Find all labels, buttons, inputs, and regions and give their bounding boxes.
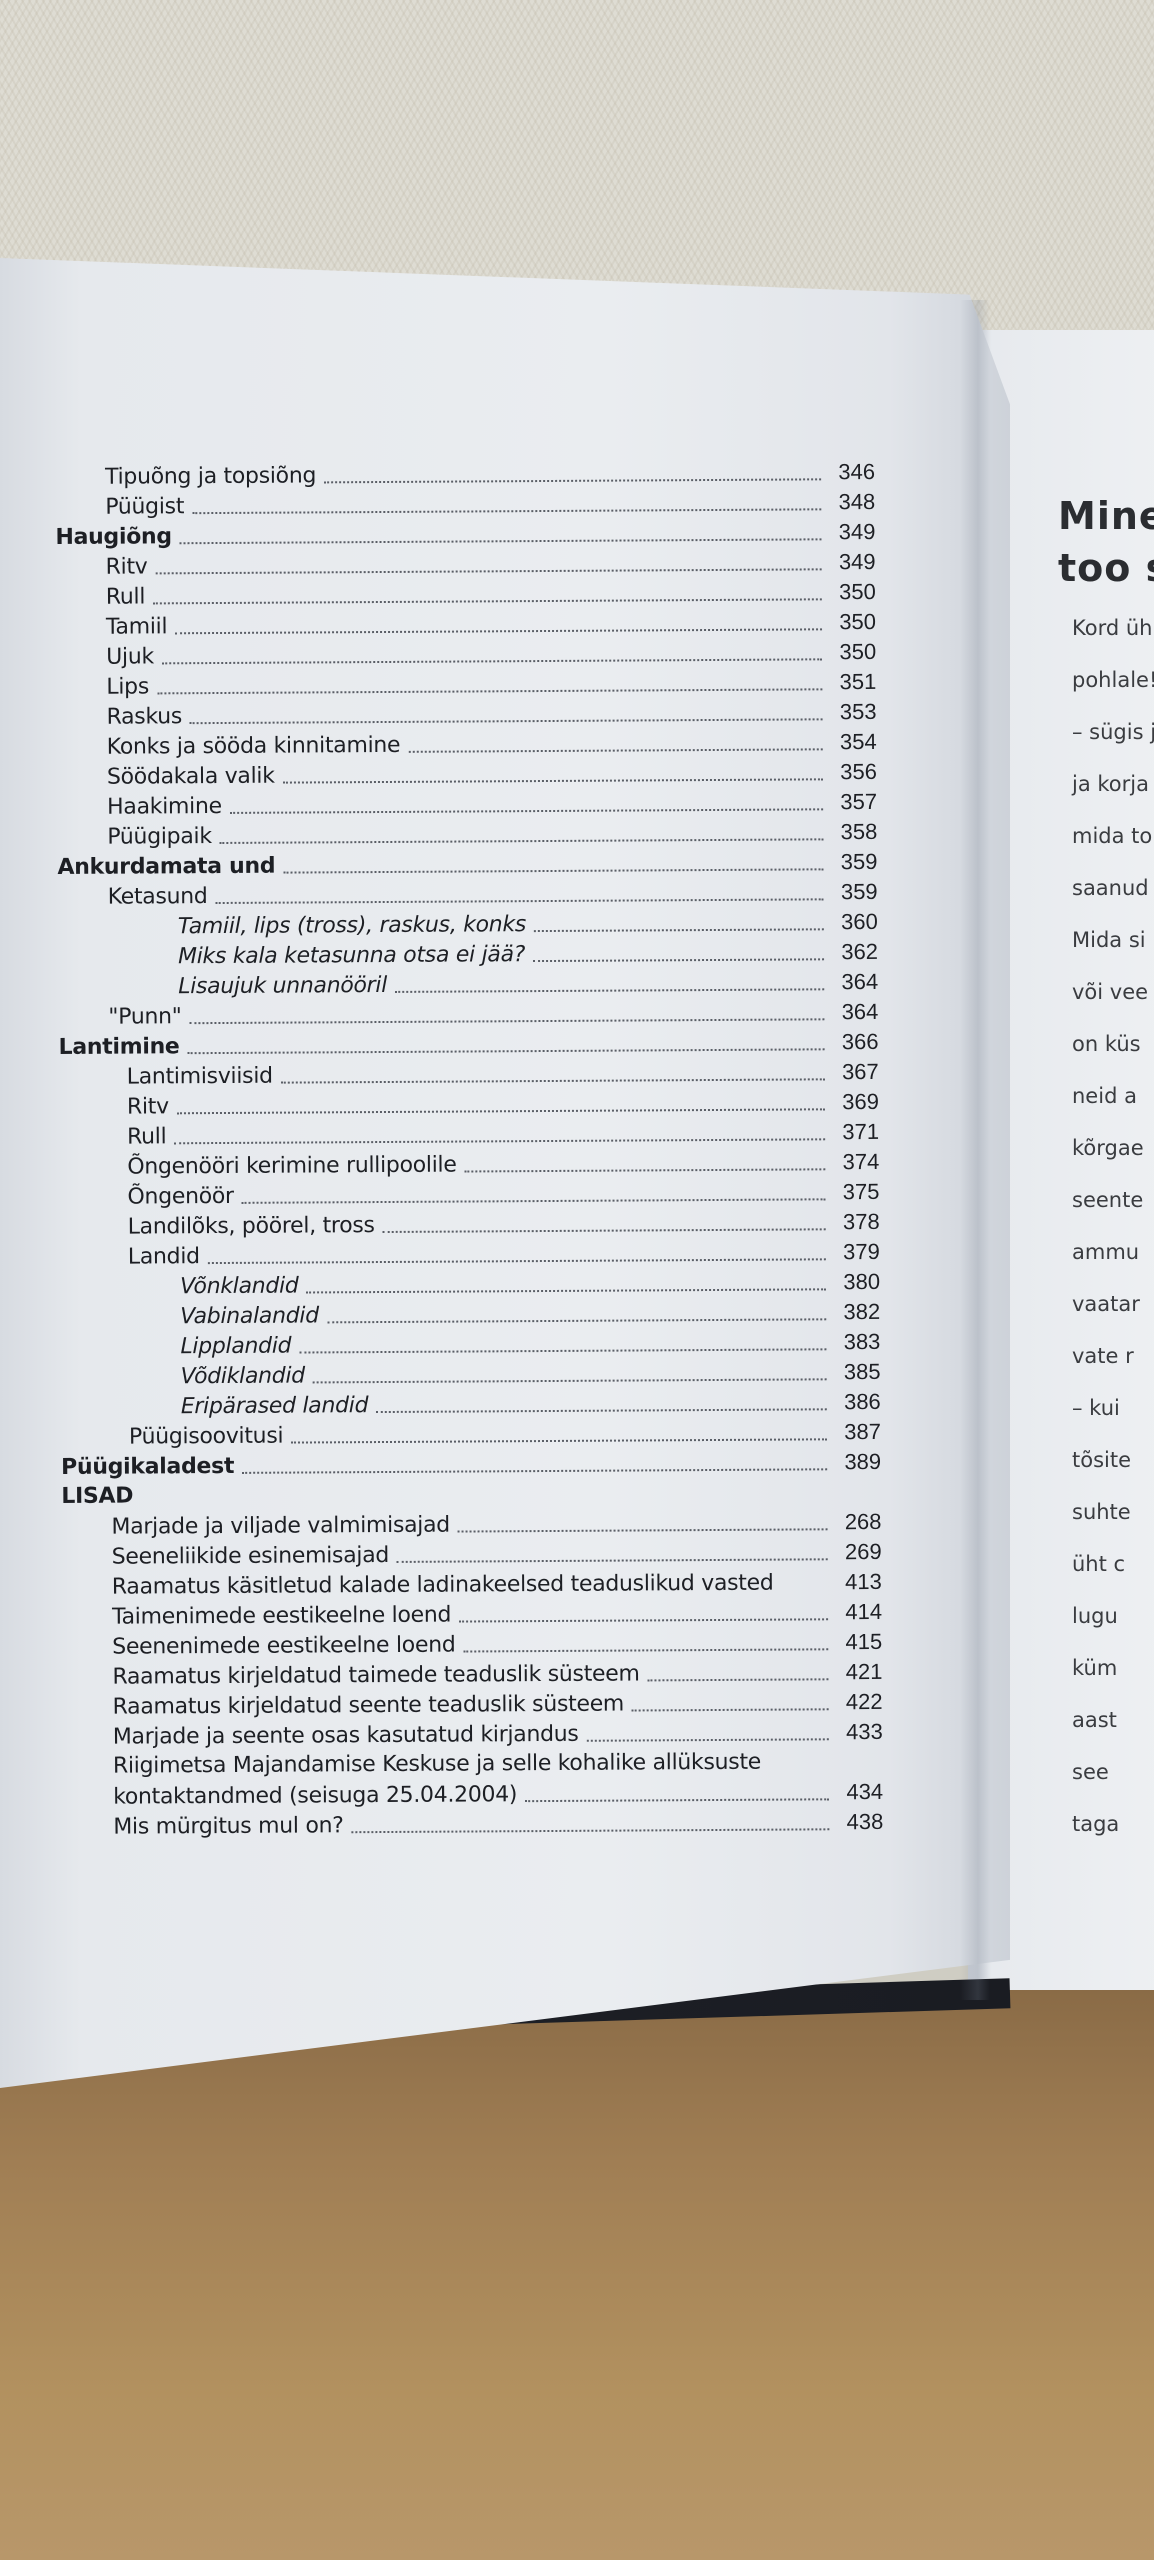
toc-entry-page: 350 [828,577,876,607]
toc-entry-title: Püügisoovitusi [129,1422,283,1453]
toc-entry-page: 351 [828,667,876,697]
toc-entry-page: 438 [835,1807,883,1837]
toc-entry-title: Eripärased landid [181,1391,369,1422]
toc-entry-title: Landid [128,1242,200,1272]
dot-leader [291,1437,827,1443]
dot-leader [408,747,822,753]
toc-entry-page: 364 [830,997,878,1027]
toc-entry-title: Ritv [127,1092,169,1122]
toc-entry: Lipplandid383 [60,1327,880,1362]
dot-leader [324,477,821,483]
toc-entry-title: Mis mürgitus mul on? [113,1811,343,1842]
toc-entry-title: Seenenimede eestikeelne loend [112,1631,455,1663]
toc-entry-title: Söödakala valik [107,762,275,793]
toc-entry-page: 362 [830,937,878,967]
dot-leader [327,1317,826,1323]
dot-leader [525,1797,829,1802]
toc-entry: Võnklandid380 [60,1267,880,1302]
toc-entry-page: 379 [832,1237,880,1267]
dot-leader [459,1617,828,1622]
toc-entry-page: 366 [830,1027,878,1057]
toc-entry-title: Raskus [106,702,182,732]
dot-leader [465,1167,826,1172]
toc-entry-page: 354 [829,727,877,757]
toc-entry-title: Haakimine [107,792,222,823]
toc-entry: Mis mürgitus mul on?438 [63,1807,883,1842]
toc-entry-title: Rull [106,582,145,612]
toc-entry-page: 380 [832,1267,880,1297]
toc-entry: Võdiklandid385 [60,1357,880,1392]
dot-leader [156,567,822,574]
toc-entry-title: Ankurdamata und [57,852,275,883]
toc-entry-title: Õngenööri kerimine rullipoolile [127,1151,456,1183]
toc-entry-page: 346 [827,457,875,487]
dot-leader [283,867,823,873]
dot-leader [383,1227,826,1233]
toc-entry-page: 364 [830,967,878,997]
toc-entry-page: 433 [835,1717,883,1747]
toc-entry-title: Taimenimede eestikeelne loend [112,1601,451,1633]
toc-entry: Raamatus käsitletud kalade ladinakeelsed… [62,1567,882,1602]
toc-entry-title: Seeneliikide esinemisajad [112,1541,390,1573]
body-text-line: vate r [1072,1330,1154,1382]
dot-leader [376,1407,827,1413]
toc-entry-page: 415 [834,1627,882,1657]
dot-leader [190,1017,825,1024]
dot-leader [153,597,822,604]
toc-entry-title: kontaktandmed (seisuga 25.04.2004) [113,1780,517,1812]
page-fold-shadow [960,300,990,2000]
toc-entry-page: 422 [834,1687,882,1717]
toc-entry-title: Tamiil, lips (tross), raskus, konks [178,910,526,942]
toc-entry-page: 413 [834,1567,882,1597]
toc-entry: Landid379 [60,1237,880,1272]
dot-leader [313,1377,827,1383]
right-page-body: Kord ühpohlale!– sügis jja korjamida tos… [1072,602,1154,1850]
toc-entry: Vabinalandid382 [60,1297,880,1332]
dot-leader [648,1677,829,1681]
dot-leader [242,1197,826,1204]
dot-leader [397,1557,828,1563]
toc-entry-page: 421 [834,1657,882,1687]
dot-leader [174,1137,825,1144]
body-text-line: taga [1072,1798,1154,1850]
toc-entry-title: Haugiõng [55,522,172,553]
table-surface [0,1990,1154,2560]
body-text-line: või vee [1072,966,1154,1018]
toc-entry-page: 386 [833,1387,881,1417]
toc-entry-page: 349 [828,547,876,577]
dot-leader [632,1707,829,1711]
body-text-line: lugu [1072,1590,1154,1642]
toc-entry-title: Rull [127,1122,166,1152]
body-text-line: kõrgae [1072,1122,1154,1174]
toc-entry-title: Võdiklandid [181,1361,306,1392]
toc-entry-title: Miks kala ketasunna otsa ei jää? [178,940,525,972]
toc-entry-title: Püügipaik [107,822,212,853]
toc-entry-page: 383 [832,1327,880,1357]
body-text-line: suhte [1072,1486,1154,1538]
body-text-line: see [1072,1746,1154,1798]
toc-entry-title: Ritv [106,552,148,582]
toc-entry-title: Riigimetsa Majandamise Keskuse ja selle … [113,1748,761,1782]
toc-entry-title: Raamatus kirjeldatud taimede teaduslik s… [112,1659,639,1692]
toc-entry-title: Konks ja sööda kinnitamine [107,731,401,763]
body-text-line: seente [1072,1174,1154,1226]
body-text-line: pohlale! [1072,654,1154,706]
toc-entry-page: 378 [832,1207,880,1237]
toc-entry-page: 385 [832,1357,880,1387]
toc-entry-page: 269 [834,1537,882,1567]
dot-leader [458,1527,828,1532]
body-text-line: tõsite [1072,1434,1154,1486]
toc-entry-title: Raamatus käsitletud kalade ladinakeelsed… [112,1569,774,1603]
toc-entry-title: Õngenöör [127,1182,233,1213]
body-text-line: Kord üh [1072,602,1154,654]
toc-entry-title: "Punn" [108,1002,181,1032]
toc-entry-page: 350 [828,637,876,667]
dot-leader [180,537,822,544]
toc-entry-page: 434 [835,1777,883,1807]
toc-entry-title: Lantimine [58,1032,179,1063]
dot-leader [190,717,823,724]
toc-entry-page: 356 [829,757,877,787]
body-text-line: neid a [1072,1070,1154,1122]
toc-entry-page: 367 [831,1057,879,1087]
toc-entry-title: Tipuõng ja topsiõng [105,461,316,492]
body-text-line: aast [1072,1694,1154,1746]
toc-entry-page: 348 [827,487,875,517]
dot-leader [242,1467,827,1474]
dot-leader [281,1077,825,1083]
toc-entry-page: 387 [833,1417,881,1447]
dot-leader [157,687,822,694]
dot-leader [162,657,822,664]
toc-entry-page: 371 [831,1117,879,1147]
toc-entry-title: Võnklandid [180,1272,299,1303]
dot-leader [307,1287,827,1293]
body-text-line: on küs [1072,1018,1154,1070]
toc-entry: Püügist348 [55,487,875,522]
toc-entry-title: Marjade ja viljade valmimisajad [111,1511,450,1543]
toc-entry-page: 359 [830,877,878,907]
toc-entry-title: Püügikaladest [61,1452,234,1483]
body-text-line: – kui [1072,1382,1154,1434]
toc-entry-page: 360 [830,907,878,937]
toc-entry-title: Lips [106,672,149,702]
body-text-line: mida to [1072,810,1154,862]
toc-entry-title: Lisaujuk unnanööril [178,971,387,1002]
dot-leader [208,1257,826,1264]
toc-entry-page: 414 [834,1597,882,1627]
toc-entry-title: LISAD [61,1482,133,1512]
dot-leader [395,987,824,993]
body-text-line: saanud [1072,862,1154,914]
toc-entry-title: Ketasund [108,882,208,913]
toc-entry-title: Lantimisviisid [127,1062,273,1093]
body-text-line: Mida si [1072,914,1154,966]
toc-entry-page: 389 [833,1447,881,1477]
toc-entry-page: 357 [829,787,877,817]
toc-entry-page: 358 [829,817,877,847]
toc-entry-page: 349 [827,517,875,547]
body-text-line: küm [1072,1642,1154,1694]
toc-entry: Riigimetsa Majandamise Keskuse ja selle … [63,1747,883,1782]
toc-entry-title: Vabinalandid [180,1301,319,1332]
toc-entry-page: 350 [828,607,876,637]
body-text-line: vaatar [1072,1278,1154,1330]
dot-leader [283,777,823,783]
toc-entry-page: 369 [831,1087,879,1117]
toc-entry: Landilõks, pöörel, tross378 [60,1207,880,1242]
toc-entry: Tipuõng ja topsiõng346 [55,457,875,492]
toc-entry-page: 359 [829,847,877,877]
body-text-line: – sügis j [1072,706,1154,758]
toc-entry-page: 353 [828,697,876,727]
toc-entry-title: Landilõks, pöörel, tross [128,1211,375,1243]
dot-leader [220,837,824,844]
dot-leader [463,1647,828,1652]
toc-entry-title: Ujuk [106,642,154,672]
dot-leader [533,957,824,962]
toc-entry-page: 374 [831,1147,879,1177]
toc-entry-page: 268 [833,1507,881,1537]
dot-leader [230,807,823,814]
toc-entry-title: Lipplandid [180,1332,291,1363]
body-text-line: üht c [1072,1538,1154,1590]
dot-leader [299,1347,826,1353]
right-page-heading: Mine too s [1058,490,1154,594]
dot-leader [175,627,822,634]
dot-leader [177,1107,825,1114]
body-text-line: ammu [1072,1226,1154,1278]
dot-leader [188,1047,825,1054]
table-of-contents: Tipuõng ja topsiõng346Püügist348Haugiõng… [55,457,883,1842]
toc-entry-page: 375 [831,1177,879,1207]
dot-leader [216,897,824,904]
dot-leader [352,1827,830,1833]
toc-entry-title: Püügist [105,492,184,522]
dot-leader [534,927,824,932]
dot-leader [192,507,821,514]
toc-entry-title: Tamiil [106,612,167,642]
body-text-line: ja korja [1072,758,1154,810]
toc-entry-page: 382 [832,1297,880,1327]
toc-entry-title: Raamatus kirjeldatud seente teaduslik sü… [113,1690,625,1723]
toc-entry-title: Marjade ja seente osas kasutatud kirjand… [113,1720,579,1753]
dot-leader [587,1737,829,1741]
